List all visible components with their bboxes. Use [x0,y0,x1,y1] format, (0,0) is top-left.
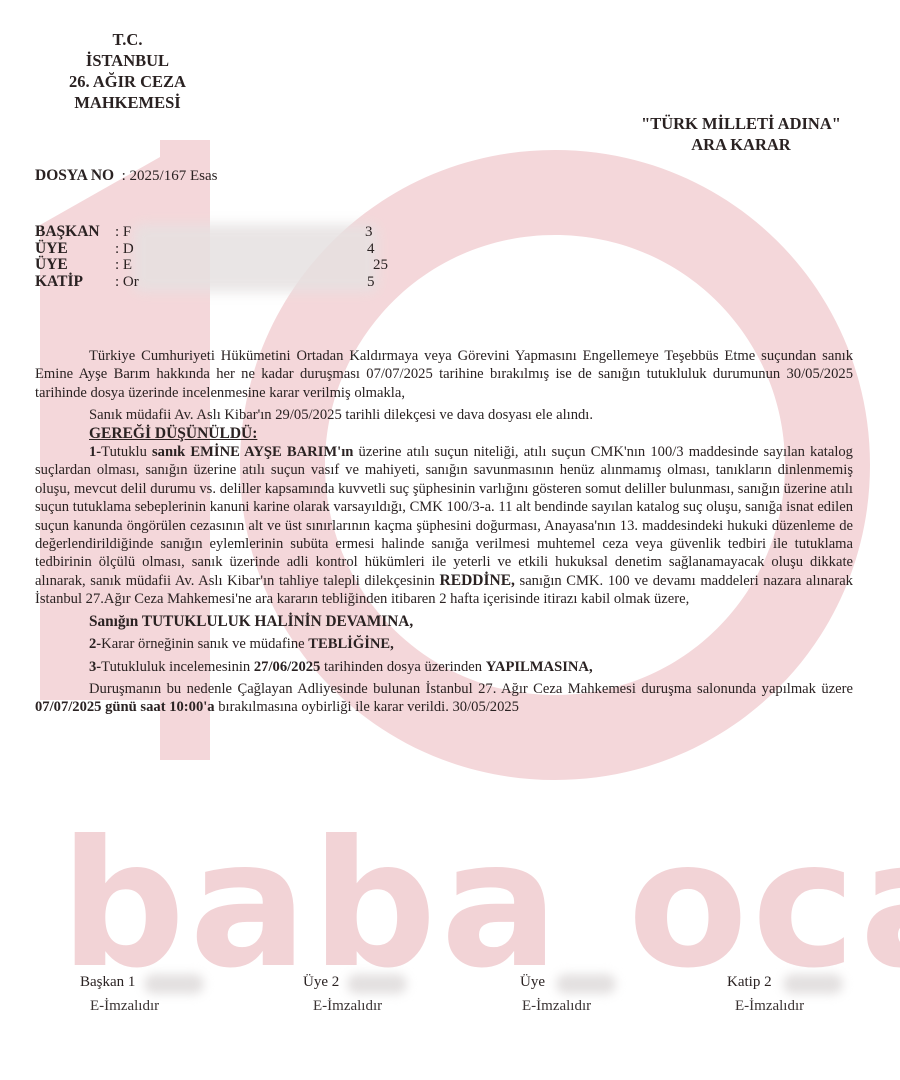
header-tc: T.C. [35,29,220,50]
ruling-item-3: 3-Tutukluluk incelemesinin 27/06/2025 ta… [35,658,853,676]
file-number-label: DOSYA NO [35,167,114,184]
court-panel: BAŞKAN : F3 ÜYE : D4 ÜYE : E25 KATİP : O… [35,224,395,290]
header-decision-type: ARA KARAR [630,134,852,155]
ruling-heading: GEREĞİ DÜŞÜNÜLDÜ: [35,425,853,443]
e-signature-status: E-İmzalıdır [303,998,382,1015]
panel-role: ÜYE [35,257,115,274]
header-court: 26. AĞIR CEZA MAHKEMESİ [35,71,220,113]
panel-role: BAŞKAN [35,224,115,241]
signature-member-1: Üye 2 E-İmzalıdır [303,974,382,1015]
detention-continuation: Sanığın TUTUKLULUK HALİNİN DEVAMINA, [35,613,853,631]
e-signature-status: E-İmzalıdır [727,998,804,1015]
header-city: İSTANBUL [35,50,220,71]
panel-role: KATİP [35,274,115,291]
court-document: T.C. İSTANBUL 26. AĞIR CEZA MAHKEMESİ "T… [0,0,900,1080]
panel-value: : E25 [115,257,395,274]
signature-member-2: Üye E-İmzalıdır [520,974,591,1015]
intro-paragraph: Türkiye Cumhuriyeti Hükümetini Ortadan K… [35,347,853,402]
decision-body: Türkiye Cumhuriyeti Hükümetini Ortadan K… [35,347,853,717]
panel-row: ÜYE : E25 [35,257,395,274]
e-signature-status: E-İmzalıdır [520,998,591,1015]
file-number-value: : 2025/167 Esas [122,168,218,184]
panel-row: ÜYE : D4 [35,241,395,258]
signature-clerk: Katip 2 E-İmzalıdır [727,974,804,1015]
ruling-item-1: 1-Tutuklu sanık EMİNE AYŞE BARIM'ın üzer… [35,443,853,609]
petition-paragraph: Sanık müdafii Av. Aslı Kibar'ın 29/05/20… [35,406,853,424]
panel-row: KATİP : Or5 [35,274,395,291]
hearing-paragraph: Duruşmanın bu nedenle Çağlayan Adliyesin… [35,680,853,717]
panel-role: ÜYE [35,241,115,258]
header-nation: "TÜRK MİLLETİ ADINA" [630,113,852,134]
panel-value: : D4 [115,241,395,258]
decision-header: "TÜRK MİLLETİ ADINA" ARA KARAR [630,113,852,155]
signature-president: Başkan 1 E-İmzalıdır [80,974,159,1015]
e-signature-status: E-İmzalıdır [80,998,159,1015]
court-header: T.C. İSTANBUL 26. AĞIR CEZA MAHKEMESİ [35,29,220,113]
ruling-item-2: 2-Karar örneğinin sanık ve müdafine TEBL… [35,635,853,653]
panel-row: BAŞKAN : F3 [35,224,395,241]
file-number: DOSYA NO : 2025/167 Esas [35,167,217,185]
panel-value: : Or5 [115,274,395,291]
panel-value: : F3 [115,224,395,241]
